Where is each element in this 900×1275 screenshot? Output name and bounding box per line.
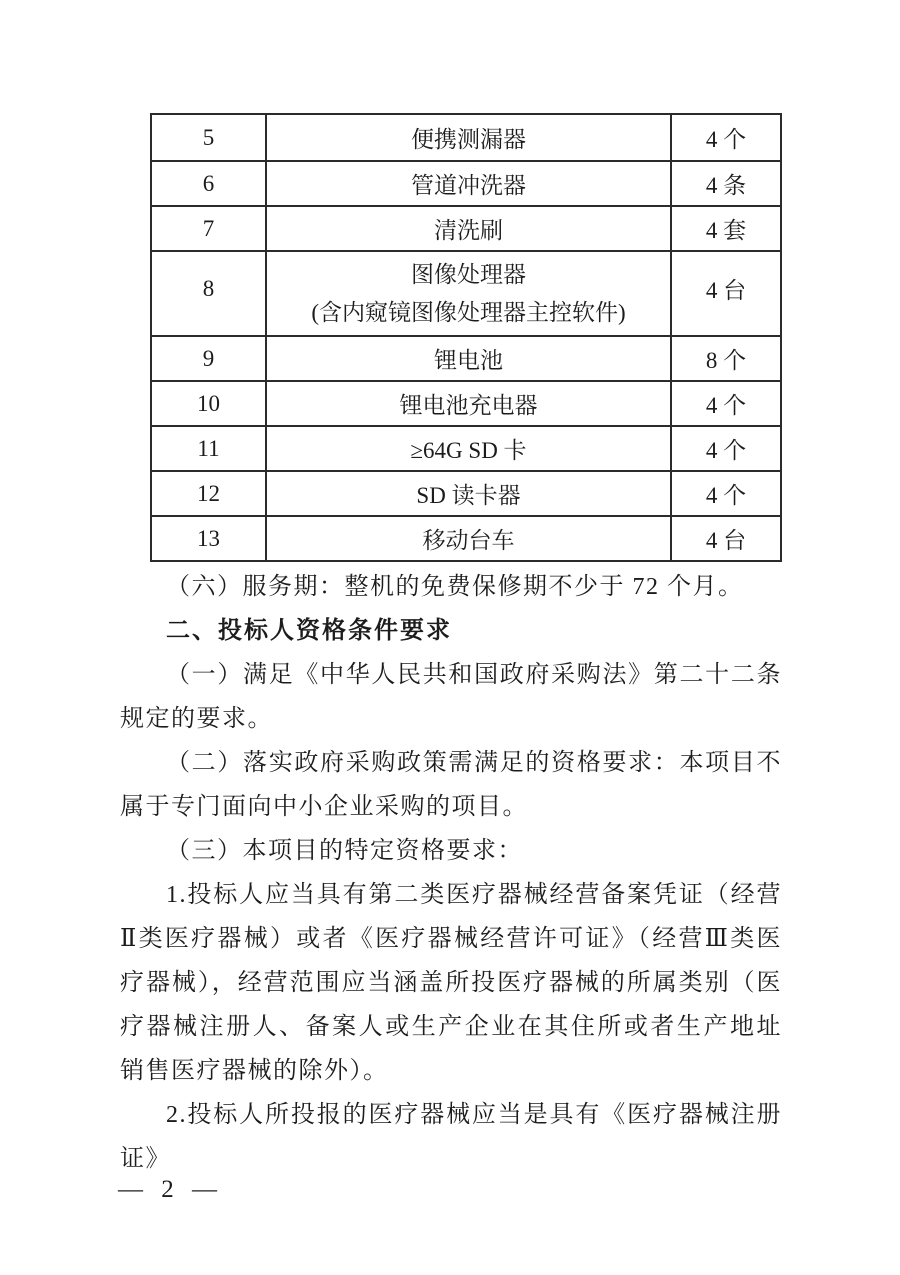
row-no-cell: 6 [151,161,266,206]
table-row: 11 ≥64G SD 卡 4 个 [151,426,781,471]
row-item-cell: SD 读卡器 [266,471,671,516]
row-item-cell: 便携测漏器 [266,114,671,161]
row-qty-cell: 4 台 [671,251,781,336]
row-no-cell: 12 [151,471,266,516]
table-row: 8 图像处理器 (含内窥镜图像处理器主控软件) 4 台 [151,251,781,336]
row-item-cell: 管道冲洗器 [266,161,671,206]
table-row: 9 锂电池 8 个 [151,336,781,381]
table-row: 6 管道冲洗器 4 条 [151,161,781,206]
row-qty-cell: 4 个 [671,426,781,471]
row-no-text: 8 [152,276,265,312]
qualification-item3-sub2: 2.投标人所投报的医疗器械应当是具有《医疗器械注册证》 [120,1093,782,1181]
row-item-line1: 图像处理器 [267,256,670,294]
body-text-block: （六）服务期：整机的免费保修期不少于 72 个月。 二、投标人资格条件要求 （一… [120,565,782,1181]
row-qty-cell: 4 台 [671,516,781,561]
table-row: 12 SD 读卡器 4 个 [151,471,781,516]
equipment-table: 5 便携测漏器 4 个 6 管道冲洗器 4 条 7 清洗刷 4 套 8 图像处理… [150,113,782,562]
row-qty-cell: 4 套 [671,206,781,251]
row-qty-cell: 4 个 [671,471,781,516]
row-no-cell: 7 [151,206,266,251]
row-item-cell: 清洗刷 [266,206,671,251]
qualification-item3: （三）本项目的特定资格要求： [120,829,782,873]
row-item-cell: ≥64G SD 卡 [266,426,671,471]
table-row: 13 移动台车 4 台 [151,516,781,561]
row-no-cell: 8 [151,251,266,336]
table-row: 10 锂电池充电器 4 个 [151,381,781,426]
document-page: 5 便携测漏器 4 个 6 管道冲洗器 4 条 7 清洗刷 4 套 8 图像处理… [0,0,900,1275]
service-period-text: （六）服务期：整机的免费保修期不少于 72 个月。 [120,565,782,609]
row-qty-cell: 4 条 [671,161,781,206]
row-qty-cell: 4 个 [671,381,781,426]
row-no-cell: 13 [151,516,266,561]
section2-heading: 二、投标人资格条件要求 [120,609,782,653]
row-item-line2: (含内窥镜图像处理器主控软件) [267,294,670,332]
row-no-cell: 5 [151,114,266,161]
qualification-item1: （一）满足《中华人民共和国政府采购法》第二十二条规定的要求。 [120,653,782,741]
qualification-item2: （二）落实政府采购政策需满足的资格要求：本项目不属于专门面向中小企业采购的项目。 [120,741,782,829]
table-row: 5 便携测漏器 4 个 [151,114,781,161]
row-item-cell: 图像处理器 (含内窥镜图像处理器主控软件) [266,251,671,336]
row-qty-text: 4 台 [672,272,780,315]
qualification-item3-sub1: 1.投标人应当具有第二类医疗器械经营备案凭证（经营Ⅱ类医疗器械）或者《医疗器械经… [120,873,782,1093]
row-no-cell: 11 [151,426,266,471]
row-qty-cell: 4 个 [671,114,781,161]
row-item-cell: 锂电池 [266,336,671,381]
page-number: — 2 — [118,1176,223,1204]
row-item-cell: 移动台车 [266,516,671,561]
row-item-cell: 锂电池充电器 [266,381,671,426]
row-no-cell: 10 [151,381,266,426]
row-qty-cell: 8 个 [671,336,781,381]
table-row: 7 清洗刷 4 套 [151,206,781,251]
row-no-cell: 9 [151,336,266,381]
